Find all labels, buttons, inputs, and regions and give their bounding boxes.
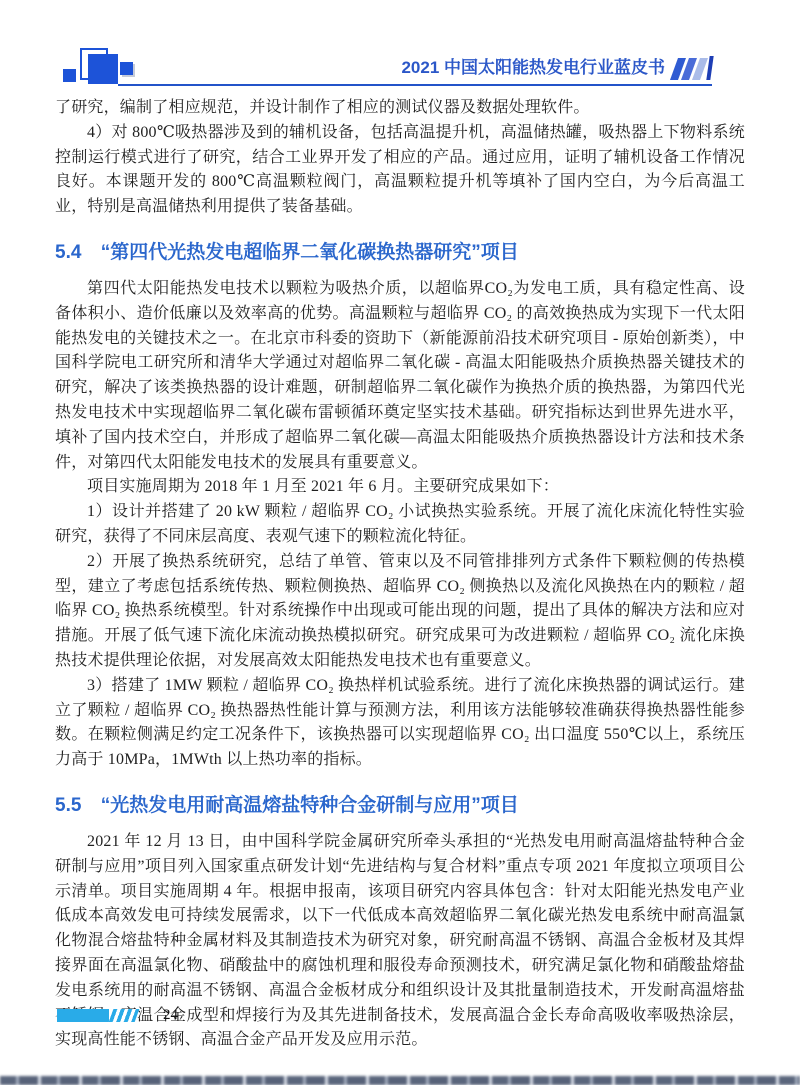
header-slashes-icon [671, 56, 712, 80]
body-paragraph: 项目实施周期为 2018 年 1 月至 2021 年 6 月。主要研究成果如下： [55, 475, 745, 500]
logo-small-right-square [120, 62, 133, 75]
section-number: 5.4 [55, 242, 81, 263]
page-header: 2021 中国太阳能热发电行业蓝皮书 [0, 0, 800, 96]
scan-edge-artifact [0, 1076, 800, 1085]
section-title: “光热发电用耐高温熔盐特种合金研制与应用”项目 [101, 795, 519, 816]
page-footer: 24 [57, 1007, 178, 1024]
body-paragraph: 1）设计并搭建了 20 kW 颗粒 / 超临界 CO₂ 小试换热实验系统。开展了… [55, 500, 745, 550]
document-page: 2021 中国太阳能热发电行业蓝皮书 了研究，编制了相应规范，并设计制作了相应的… [0, 0, 800, 1085]
header-rule [118, 84, 712, 86]
section-number: 5.5 [55, 795, 81, 816]
blue-squares-logo-icon [57, 45, 147, 89]
logo-small-left-square [63, 69, 76, 82]
page-number: 24 [163, 1007, 178, 1024]
footer-accent-bar [57, 1009, 137, 1022]
logo-big-square [88, 54, 118, 84]
body-paragraph: 4）对 800℃吸热器涉及到的辅机设备，包括高温提升机，高温储热罐，吸热器上下物… [55, 121, 745, 220]
body-paragraph: 3）搭建了 1MW 颗粒 / 超临界 CO₂ 换热样机试验系统。进行了流化床换热… [55, 674, 745, 773]
footer-bar-solid [57, 1009, 109, 1022]
footer-bar-stripes-icon [109, 1009, 140, 1022]
body-paragraph: 2）开展了换热系统研究，总结了单管、管束以及不同管排排列方式条件下颗粒侧的传热模… [55, 550, 745, 674]
body-paragraph: 了研究，编制了相应规范，并设计制作了相应的测试仪器及数据处理软件。 [55, 96, 745, 121]
body-paragraph: 第四代太阳能热发电技术以颗粒为吸热介质，以超临界CO₂为发电工质，具有稳定性高、… [55, 277, 745, 475]
section-heading-5-4: 5.4 “第四代光热发电超临界二氧化碳换热器研究”项目 [55, 240, 745, 265]
document-title: 2021 中国太阳能热发电行业蓝皮书 [401, 53, 665, 78]
section-title: “第四代光热发电超临界二氧化碳换热器研究”项目 [101, 242, 519, 263]
section-heading-5-5: 5.5 “光热发电用耐高温熔盐特种合金研制与应用”项目 [55, 793, 745, 818]
page-content: 了研究，编制了相应规范，并设计制作了相应的测试仪器及数据处理软件。 4）对 80… [0, 96, 800, 1053]
